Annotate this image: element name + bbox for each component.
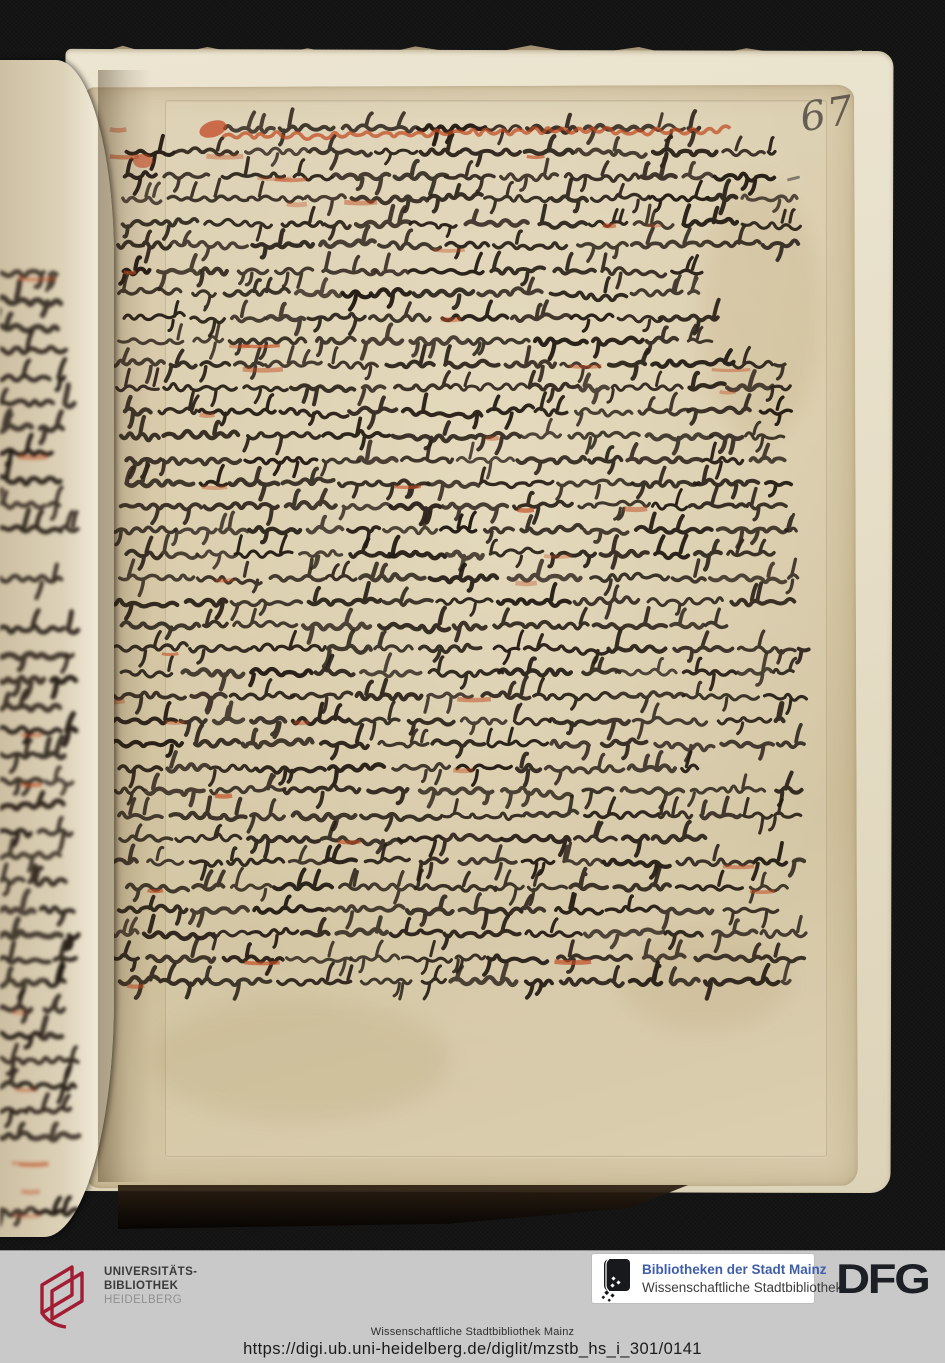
ub-heidelberg-book-icon xyxy=(28,1263,92,1331)
dfg-logo: DFG xyxy=(836,1255,929,1303)
gutter-shadow xyxy=(98,70,152,1182)
mainz-line2: Wissenschaftliche Stadtbibliothek xyxy=(642,1279,842,1297)
source-caption: Wissenschaftliche Stadtbibliothek Mainz xyxy=(0,1326,945,1338)
gothic-cursive-text-block xyxy=(95,95,840,1005)
ub-line1: UNIVERSITÄTS- xyxy=(104,1265,197,1279)
library-footer-band: UNIVERSITÄTS- BIBLIOTHEK HEIDELBERG Bibl… xyxy=(0,1250,945,1363)
ub-line3: HEIDELBERG xyxy=(104,1293,197,1307)
mainz-wordmark: Bibliotheken der Stadt Mainz Wissenschaf… xyxy=(642,1261,842,1297)
previous-leaf-text-bleed xyxy=(0,262,90,1237)
previous-leaf-edge xyxy=(0,60,114,1237)
ub-line2: BIBLIOTHEK xyxy=(104,1279,197,1293)
ub-heidelberg-wordmark: UNIVERSITÄTS- BIBLIOTHEK HEIDELBERG xyxy=(104,1265,197,1307)
parchment-stain xyxy=(150,1000,450,1120)
mainz-line1: Bibliotheken der Stadt Mainz xyxy=(642,1261,842,1279)
mainz-book-icon xyxy=(599,1257,637,1303)
persistent-url: https://digi.ub.uni-heidelberg.de/diglit… xyxy=(0,1340,945,1359)
stadtbibliothek-mainz-logo: Bibliotheken der Stadt Mainz Wissenschaf… xyxy=(592,1254,814,1303)
